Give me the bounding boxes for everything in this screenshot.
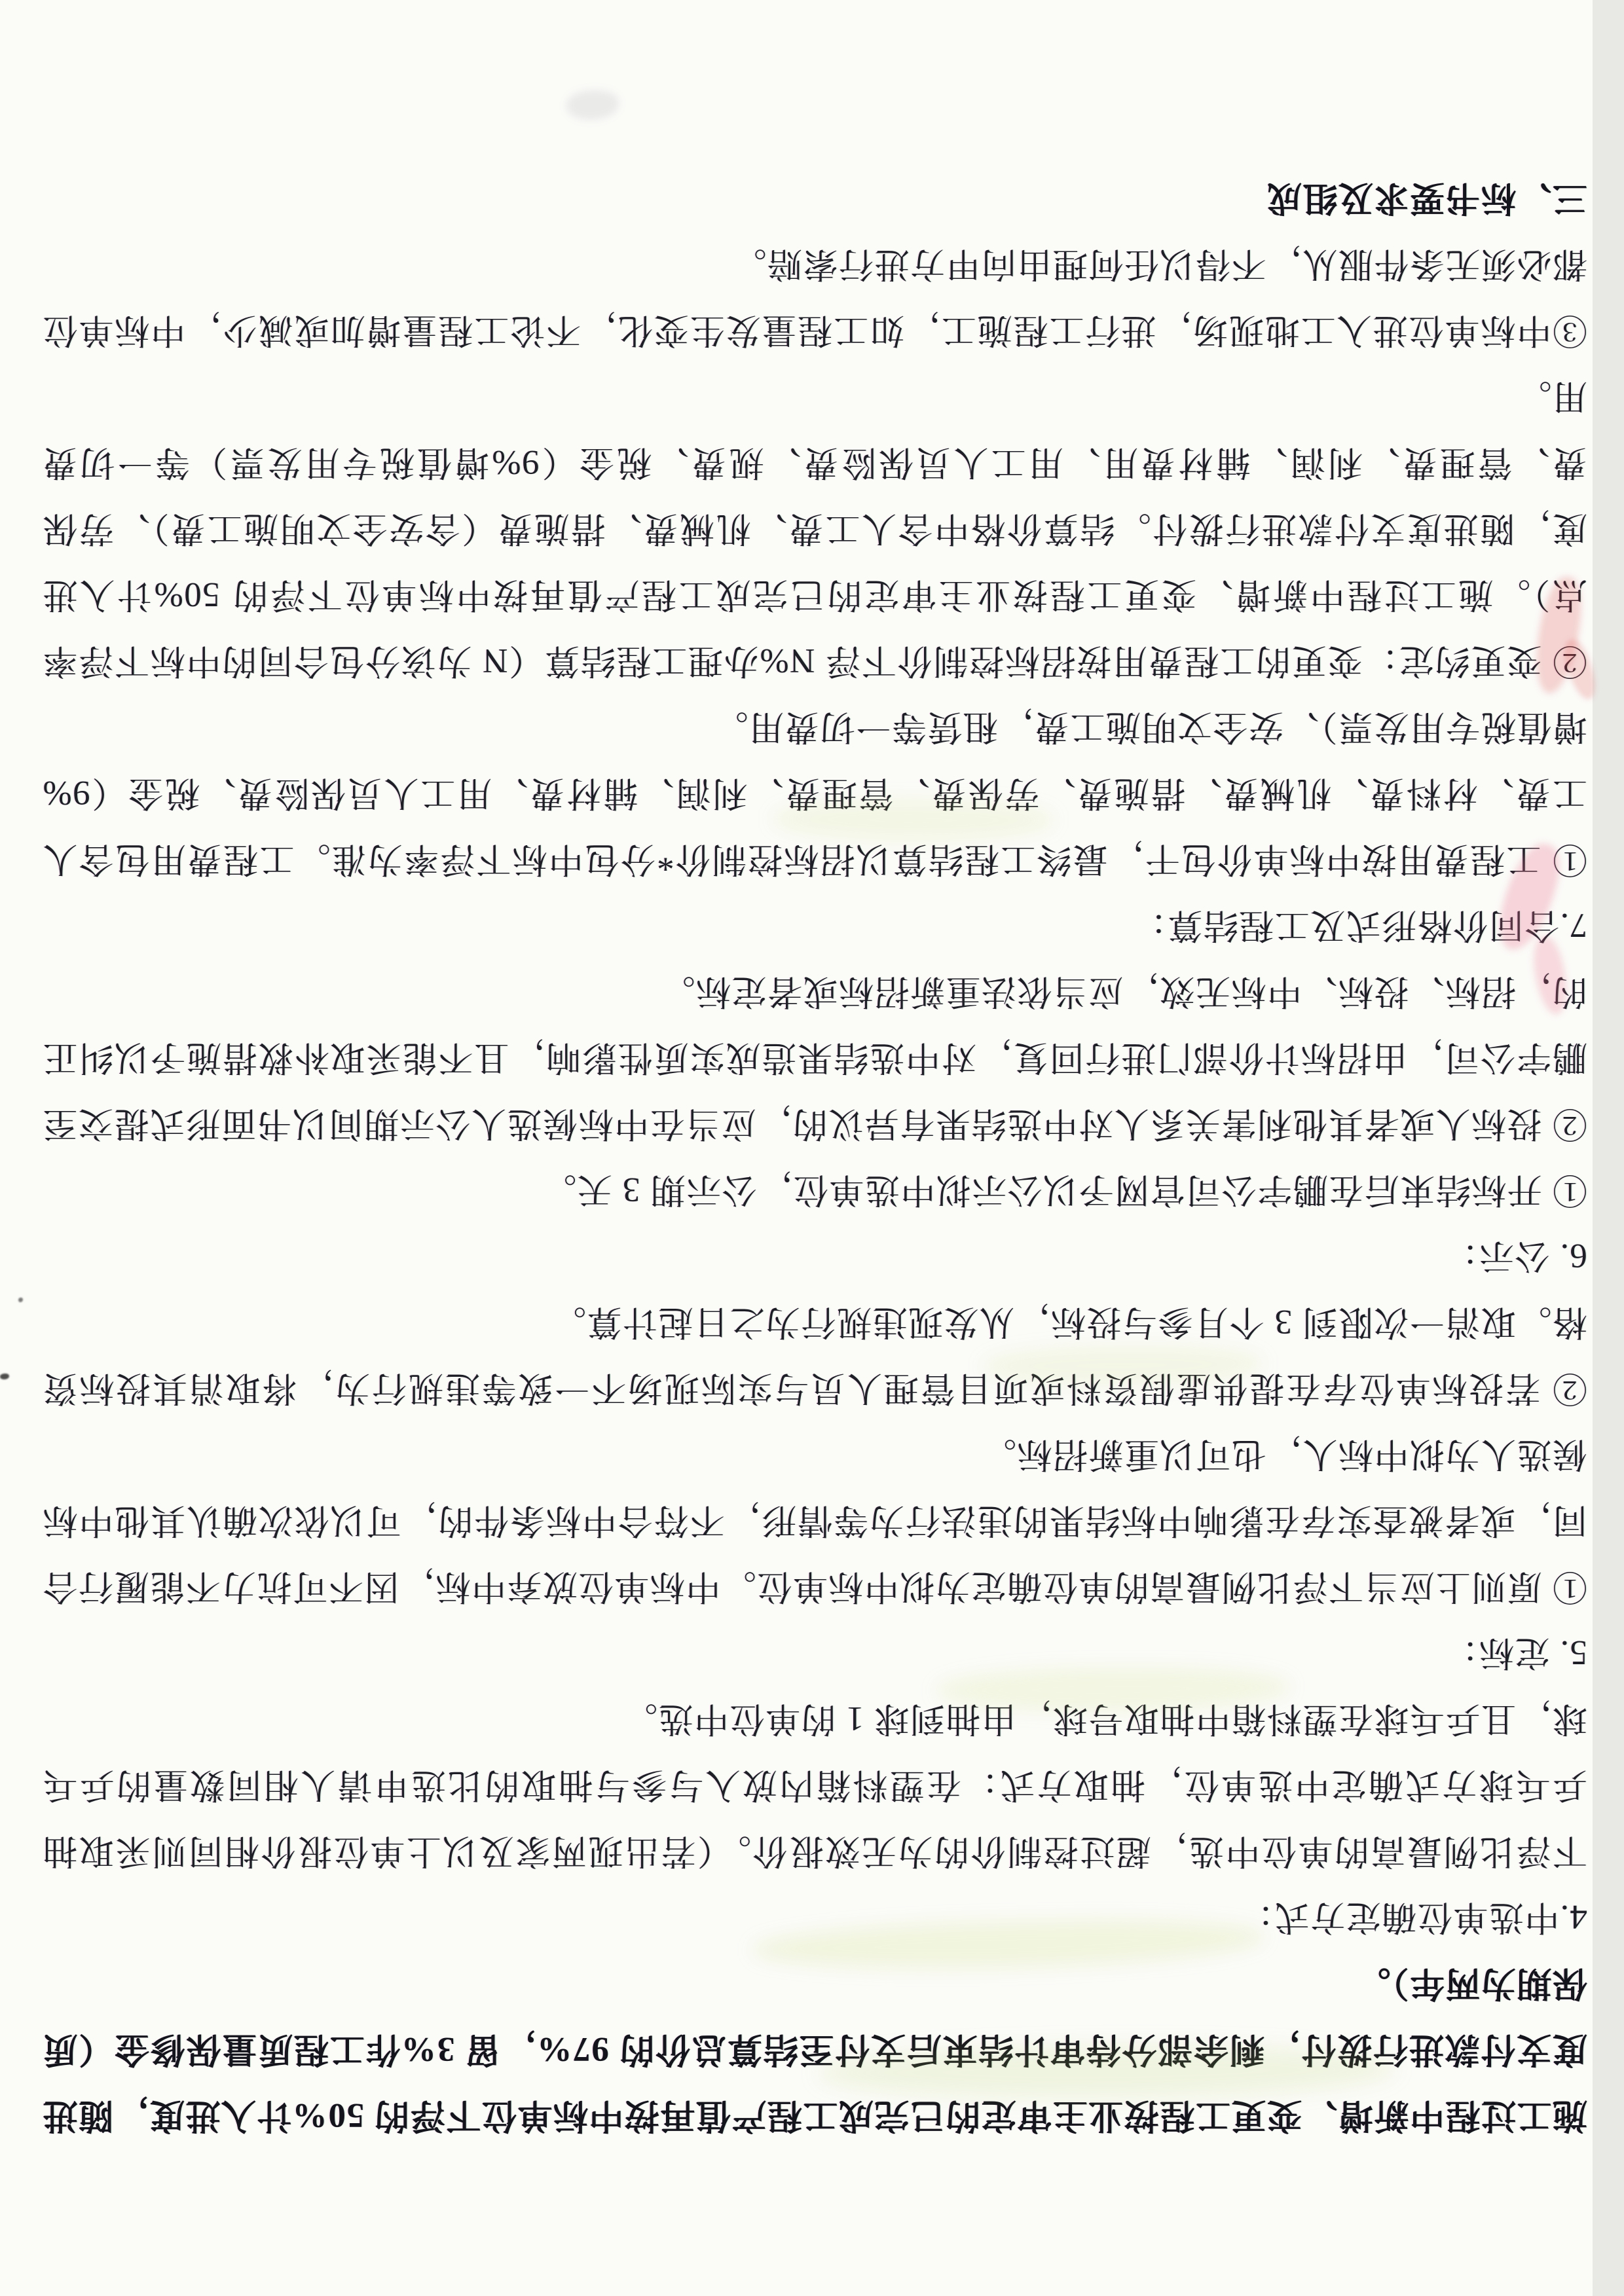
- paragraph: ① 开标结束后在鹏宇公司官网予以公示拟中选单位，公示期 3 天。: [42, 1156, 1587, 1222]
- paragraph: 施工过程中新增、变更工程按业主审定的已完成工程产值再按中标单位下浮的 50%计入…: [42, 1950, 1587, 2148]
- paragraph: ② 投标人或者其他利害关系人对中选结果有异议的，应当在中标候选人公示期间以书面形…: [42, 958, 1587, 1156]
- paragraph: ② 若投标单位存在提供虚假资料或项目管理人员与实际现场不一致等违规行为，将取消其…: [42, 1288, 1587, 1421]
- scanner-edge-shadow: [1593, 0, 1624, 2296]
- paragraph: ③中标单位进入工地现场，进行工程施工，如工程量发生变化，不论工程量增加或减少，中…: [42, 230, 1587, 363]
- paragraph: ② 变更约定：变更的工程费用按招标控制价下浮 N%办理工程结算（N 为该分包合同…: [42, 363, 1587, 693]
- black-speck: [0, 1374, 9, 1379]
- section-heading: 7.合同价格形式及工程结算：: [42, 892, 1587, 958]
- paragraph: ① 原则上应当下浮比例最高的单位确定为拟中标单位。中标单位放弃中标，因不可抗力不…: [42, 1421, 1587, 1619]
- scanned-document-page: 施工过程中新增、变更工程按业主审定的已完成工程产值再按中标单位下浮的 50%计入…: [0, 0, 1624, 2296]
- section-heading: 三、标书要求及组成: [42, 164, 1587, 230]
- section-heading: 4.中选单位确定方式：: [42, 1884, 1587, 1950]
- section-heading: 6. 公示：: [42, 1222, 1587, 1288]
- gray-smudge: [566, 90, 619, 120]
- paragraph: 下浮比例最高的单位中选，超过控制价的为无效报价。（若出现两家及以上单位报价相同则…: [42, 1685, 1587, 1884]
- document-text-block: 施工过程中新增、变更工程按业主审定的已完成工程产值再按中标单位下浮的 50%计入…: [42, 162, 1587, 2148]
- paragraph: ① 工程费用按中标单价包干，最终工程结算以招标控制价*分包中标下浮率为准。工程费…: [42, 693, 1587, 892]
- black-speck: [18, 1298, 23, 1302]
- section-heading: 5. 定标：: [42, 1619, 1587, 1685]
